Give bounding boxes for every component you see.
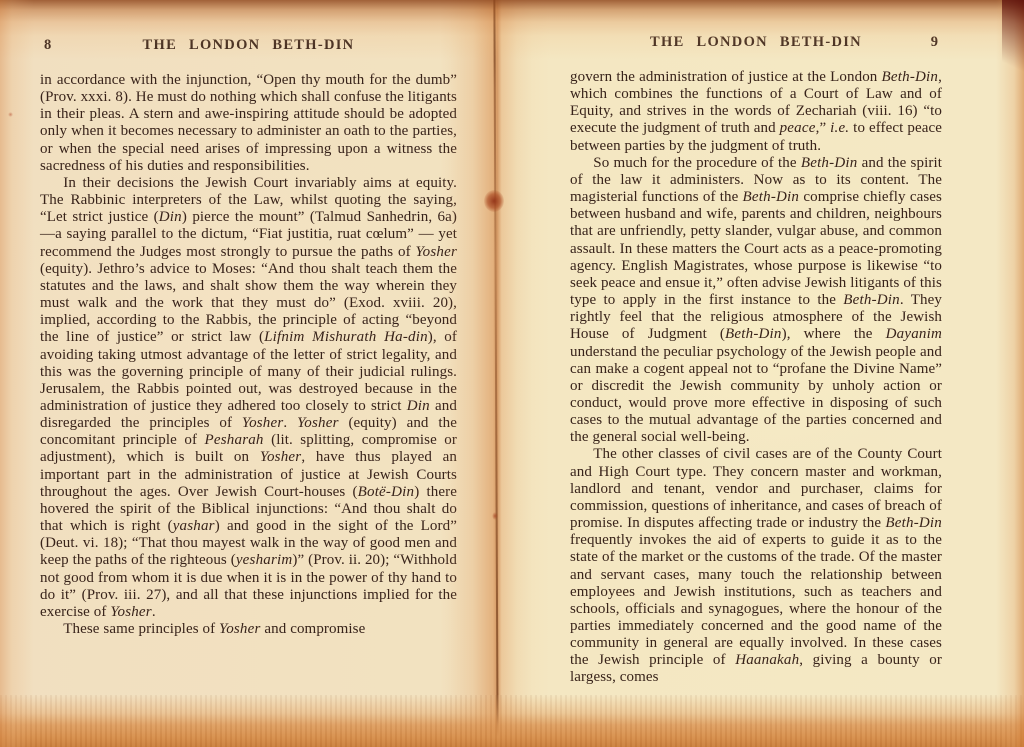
left-page-header: 8 THE LONDON BETH-DIN: [40, 37, 457, 57]
paragraph: In their decisions the Jewish Court inva…: [40, 175, 457, 621]
speck-mark: [492, 512, 498, 520]
paragraph: So much for the procedure of the Beth-Di…: [570, 155, 942, 447]
left-page-text: in accordance with the injunction, “Open…: [40, 72, 457, 638]
paragraph: in accordance with the injunction, “Open…: [40, 72, 457, 175]
running-header-left: THE LONDON BETH-DIN: [40, 37, 457, 54]
paragraph: The other classes of civil cases are of …: [570, 446, 942, 686]
page-number-right: 9: [931, 34, 938, 51]
speck-mark: [8, 112, 13, 117]
page-right-edge-shadow: [996, 0, 1024, 747]
binding-crease-line: [493, 0, 498, 747]
stain-mark: [484, 190, 504, 212]
right-page: THE LONDON BETH-DIN 9 govern the adminis…: [570, 34, 942, 687]
paragraph: These same principles of Yosher and comp…: [40, 621, 457, 638]
page-number-left: 8: [44, 37, 51, 54]
page-bottom-edge-shadow: [0, 695, 1024, 747]
paragraph: govern the administration of justice at …: [570, 69, 942, 155]
left-page: 8 THE LONDON BETH-DIN in accordance with…: [40, 37, 457, 638]
running-header-right: THE LONDON BETH-DIN: [570, 34, 942, 51]
cover-corner-top-right: [1002, 0, 1024, 110]
right-page-header: THE LONDON BETH-DIN 9: [570, 34, 942, 54]
book-spread: 8 THE LONDON BETH-DIN in accordance with…: [0, 0, 1024, 747]
page-left-edge-shadow: [0, 0, 34, 747]
right-page-text: govern the administration of justice at …: [570, 69, 942, 687]
